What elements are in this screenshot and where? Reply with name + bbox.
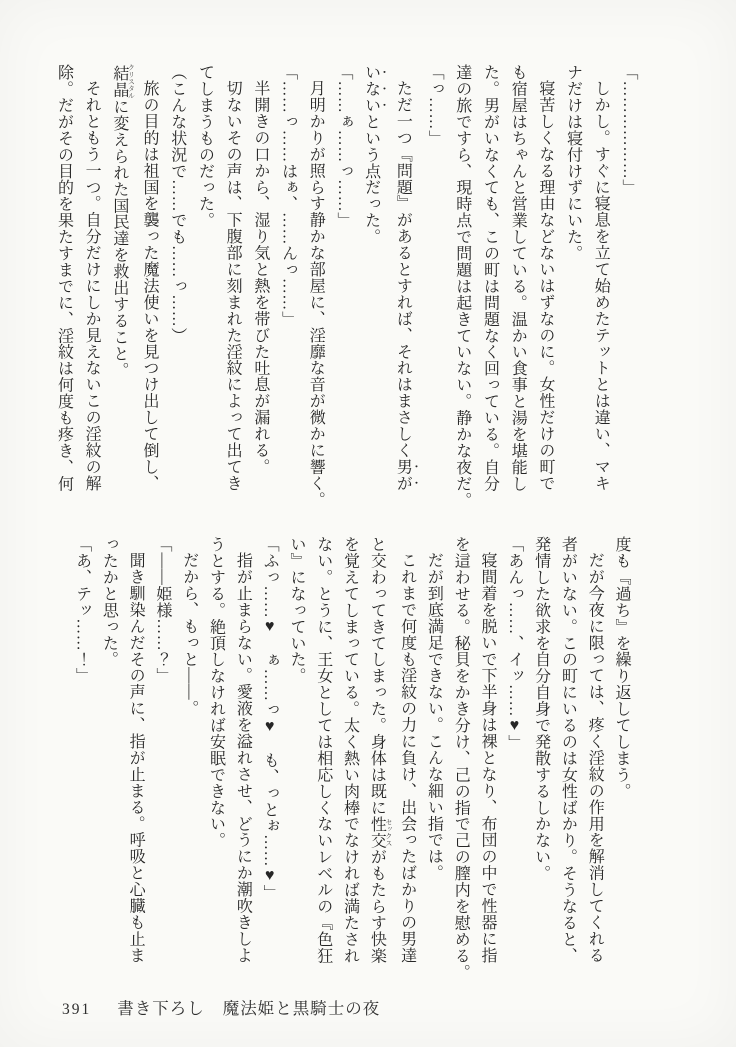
emphasized-text: 男が — [394, 458, 411, 491]
text-segment: てしまうものだった。 — [196, 64, 213, 229]
page-footer: 391 書き下ろし 魔法姫と黒騎士の夜 — [62, 995, 380, 1019]
book-page: 「………………」しかし。すぐに寝息を立て始めたテットとは違い、マキナだけは寝付け… — [0, 0, 736, 1047]
text-block-bottom: 度も『過ち』を繰り返してしまう。だが今夜に限っては、疼く淫紋の作用を解消してくれ… — [68, 536, 634, 985]
text-segment: 除。だがその目的を果たすまでに、淫紋は何度も疼き、何 — [55, 64, 72, 492]
text-segment: （こんな状況で……でも……っ……） — [169, 64, 186, 344]
text-line: 指が止まらない。愛液を溢れさせ、どうにか潮吹きしよ — [229, 536, 256, 985]
text-line: 寝間着を脱いで下半身は裸となり、布団の中で性器に指 — [473, 536, 500, 985]
text-line: 度も『過ち』を繰り返してしまう。 — [607, 536, 634, 985]
text-segment: ない。とうに、王女としては相応しくないレベルの『色狂 — [315, 536, 332, 964]
text-segment: 旅の目的は祖国を襲った魔法使いを見つけ出して倒し、 — [141, 80, 158, 491]
text-line: だが到底満足できない。こんな細い指では。 — [420, 536, 447, 985]
text-segment: を覚えてしまっている。太く熱い肉棒でなければ満たされ — [342, 536, 359, 964]
text-line: た。男がいなくても、この町は問題なく回っている。自分 — [476, 64, 504, 516]
text-line: 「……ぁ……っ……」 — [329, 64, 357, 516]
page-number: 391 — [62, 1001, 91, 1019]
text-segment: 指が止まらない。愛液を溢れさせ、どうにか潮吹きしよ — [234, 552, 251, 963]
text-line: も宿屋はちゃんと営業している。温かい食事と湯を堪能し — [503, 64, 531, 516]
text-segment: た。男がいなくても、この町は問題なく回っている。自分 — [481, 64, 498, 492]
text-segment: 「………………」 — [620, 64, 637, 196]
text-line: 月明かりが照らす静かな部屋に、淫靡な音が微かに響く。 — [302, 64, 330, 516]
text-line: 「あ、テッ……！」 — [68, 536, 95, 985]
text-segment: 度も『過ち』を繰り返してしまう。 — [613, 536, 630, 799]
text-segment: 「ふっ……♥ ぁ……っ♥ も、っとぉ……♥」 — [261, 536, 278, 901]
text-line: うとする。絶頂しなければ安眠できない。 — [202, 536, 229, 985]
text-segment: 「あ、テッ……！」 — [74, 536, 91, 684]
text-line: を覚えてしまっている。太く熱い肉棒でなければ満たされ — [336, 536, 363, 985]
text-segment: がもたらす快楽 — [368, 849, 385, 964]
text-segment: も宿屋はちゃんと営業している。温かい食事と湯を堪能し — [509, 64, 526, 492]
text-line: 「……っ……はぁ、……んっ……」 — [274, 64, 302, 516]
text-segment: 「――姫様……？」 — [154, 536, 171, 684]
emphasized-text: いない — [363, 64, 380, 113]
text-segment: だが今夜に限っては、疼く淫紋の作用を解消してくれる — [586, 552, 603, 963]
text-segment: それともう一つ。自分だけにしか見えないこの淫紋の解 — [83, 80, 100, 491]
text-line: 結晶クリスタルに変えられた国民達を救出すること。 — [105, 64, 135, 516]
text-line: それともう一つ。自分だけにしか見えないこの淫紋の解 — [77, 64, 105, 516]
text-segment: を這わせる。秘貝をかき分け、己の指で己の膣内を慰める。 — [452, 536, 469, 980]
text-line: いないという点だった。 — [357, 64, 389, 516]
text-segment: ただ一つ『問題』があるとすれば、それはまさしく — [394, 80, 411, 458]
text-line: ただ一つ『問題』があるとすれば、それはまさしく男が — [389, 64, 421, 516]
text-segment: これまで何度も淫紋の力に負け、出会ったばかりの男達 — [399, 552, 416, 963]
text-line: 発情した欲求を自分自身で発散するしかない。 — [527, 536, 554, 985]
text-segment: 切ないその声は、下腹部に刻まれた淫紋によって出てき — [224, 80, 241, 491]
text-segment: 「っ……」 — [426, 64, 443, 146]
text-segment: 月明かりが照らす静かな部屋に、淫靡な音が微かに響く。 — [307, 80, 324, 508]
text-line: てしまうものだった。 — [191, 64, 219, 516]
text-line: と交わってきてしまった。身体は既に性交セックスがもたらす快楽 — [363, 536, 393, 985]
page: { "page": { "background_color": "#fafaf7… — [0, 0, 736, 1047]
text-segment: 発情した欲求を自分自身で発散するしかない。 — [533, 536, 550, 881]
text-segment: 寝間着を脱いで下半身は裸となり、布団の中で性器に指 — [479, 552, 496, 963]
text-line: 旅の目的は祖国を襲った魔法使いを見つけ出して倒し、 — [135, 64, 163, 516]
text-line: 「あんっ……、イッ……♥」 — [500, 536, 527, 985]
text-segment: 「あんっ……、イッ……♥」 — [506, 536, 523, 751]
text-line: い』になっていた。 — [282, 536, 309, 985]
text-block-top: 「………………」しかし。すぐに寝息を立て始めたテットとは違い、マキナだけは寝付け… — [50, 64, 642, 516]
text-line: を這わせる。秘貝をかき分け、己の指で己の膣内を慰める。 — [446, 536, 473, 985]
text-line: しかし。すぐに寝息を立て始めたテットとは違い、マキ — [587, 64, 615, 516]
text-line: 除。だがその目的を果たすまでに、淫紋は何度も疼き、何 — [50, 64, 78, 516]
text-line: ナだけは寝付けずにいた。 — [559, 64, 587, 516]
text-segment: うとする。絶頂しなければ安眠できない。 — [208, 536, 225, 849]
text-segment: ナだけは寝付けずにいた。 — [565, 64, 582, 261]
text-segment: い』になっていた。 — [288, 536, 305, 684]
text-line: 「ふっ……♥ ぁ……っ♥ も、っとぉ……♥」 — [255, 536, 282, 985]
text-line: だから、もっと――。 — [175, 536, 202, 985]
text-segment: 聞き馴染んだその声に、指が止まる。呼吸と心臓も止ま — [127, 552, 144, 963]
text-line: 「………………」 — [614, 64, 642, 516]
text-line: 「――姫様……？」 — [148, 536, 175, 985]
text-line: 達の旅ですら、現時点で問題は起きていない。静かな夜だ。 — [448, 64, 476, 516]
footer-story-title: 魔法姫と黒騎士の夜 — [223, 995, 381, 1019]
text-segment: 「……っ……はぁ、……んっ……」 — [280, 64, 297, 327]
text-segment: 半開きの口から、湿り気と熱を帯びた吐息が漏れる。 — [252, 80, 269, 475]
text-line: 者がいない。この町にいるのは女性ばかり。そうなると、 — [554, 536, 581, 985]
text-line: 寝苦しくなる理由などないはずなのに。女性だけの町で — [531, 64, 559, 516]
ruby-annotated-word: 性交セックス — [368, 816, 385, 849]
text-line: 半開きの口から、湿り気と熱を帯びた吐息が漏れる。 — [246, 64, 274, 516]
text-segment: しかし。すぐに寝息を立て始めたテットとは違い、マキ — [592, 80, 609, 491]
text-line: 切ないその声は、下腹部に刻まれた淫紋によって出てき — [218, 64, 246, 516]
text-line: だが今夜に限っては、疼く淫紋の作用を解消してくれる — [580, 536, 607, 985]
text-segment: 「……ぁ……っ……」 — [335, 64, 352, 229]
text-line: これまで何度も淫紋の力に負け、出会ったばかりの男達 — [393, 536, 420, 985]
text-line: 聞き馴染んだその声に、指が止まる。呼吸と心臓も止ま — [121, 536, 148, 985]
text-segment: だが到底満足できない。こんな細い指では。 — [425, 552, 442, 881]
text-segment: 達の旅ですら、現時点で問題は起きていない。静かな夜だ。 — [454, 64, 471, 508]
text-segment: ったかと思った。 — [100, 536, 117, 668]
text-line: （こんな状況で……でも……っ……） — [163, 64, 191, 516]
text-line: ったかと思った。 — [95, 536, 122, 985]
text-segment: という点だった。 — [363, 113, 380, 245]
footer-section-label: 書き下ろし — [117, 995, 205, 1019]
text-segment: 寝苦しくなる理由などないはずなのに。女性だけの町で — [537, 80, 554, 491]
text-segment: に変えられた国民達を救出すること。 — [111, 98, 128, 378]
text-segment: と交わってきてしまった。身体は既に — [368, 536, 385, 816]
text-line: 「っ……」 — [420, 64, 448, 516]
text-segment: 者がいない。この町にいるのは女性ばかり。そうなると、 — [559, 536, 576, 964]
ruby-annotated-word: 結晶クリスタル — [111, 64, 128, 98]
text-line: ない。とうに、王女としては相応しくないレベルの『色狂 — [309, 536, 336, 985]
text-segment: だから、もっと――。 — [181, 552, 198, 717]
